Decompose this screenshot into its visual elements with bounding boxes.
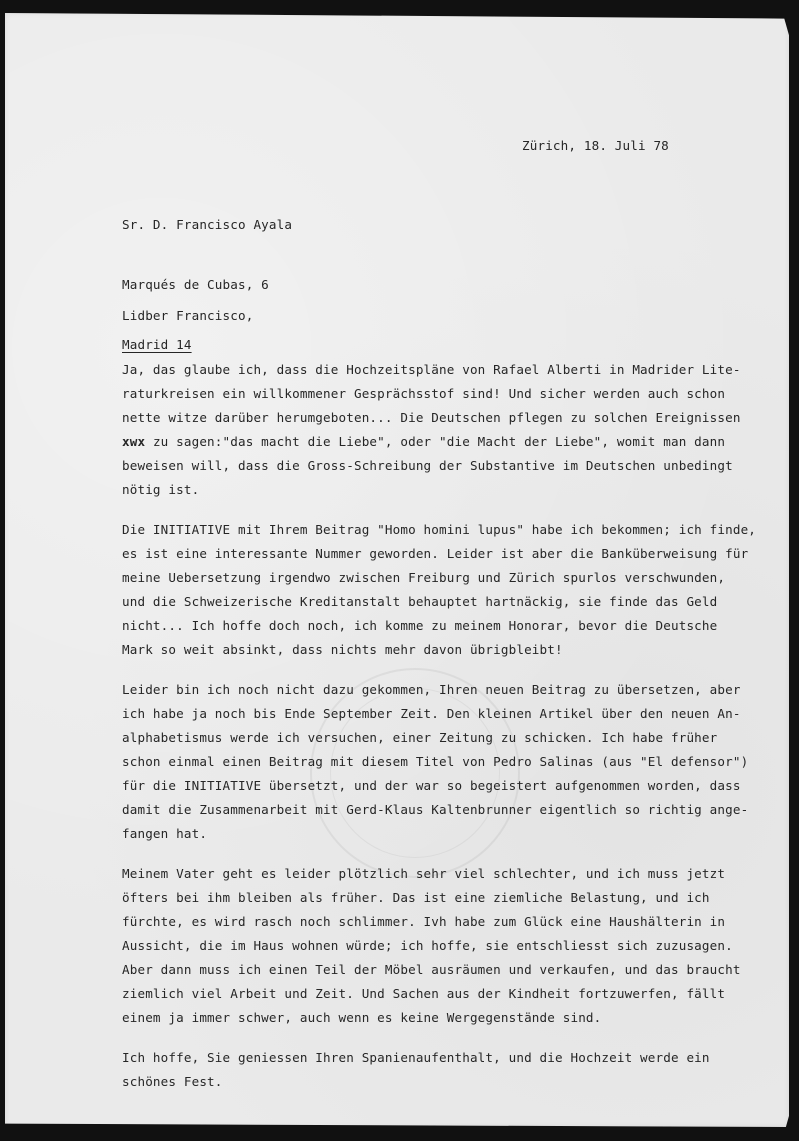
body-line: nötig ist.: [122, 478, 742, 502]
letter-body: Ja, das glaube ich, dass die Hochzeitspl…: [122, 358, 742, 1110]
body-line: Ich hoffe, Sie geniessen Ihren Spanienau…: [122, 1046, 742, 1070]
body-line: es ist eine interessante Nummer geworden…: [122, 542, 742, 566]
body-line: ziemlich viel Arbeit und Zeit. Und Sache…: [122, 982, 742, 1006]
paragraph-1: Ja, das glaube ich, dass die Hochzeitspl…: [122, 358, 742, 502]
body-line: Die INITIATIVE mit Ihrem Beitrag "Homo h…: [122, 518, 742, 542]
letter-date: Zürich, 18. Juli 78: [522, 138, 669, 153]
body-line: Meinem Vater geht es leider plötzlich se…: [122, 862, 742, 886]
body-line: Leider bin ich noch nicht dazu gekommen,…: [122, 678, 742, 702]
body-line: fürchte, es wird rasch noch schlimmer. I…: [122, 910, 742, 934]
recipient-street: Marqués de Cubas, 6: [122, 275, 292, 295]
body-line: nicht... Ich hoffe doch noch, ich komme …: [122, 614, 742, 638]
body-line: alphabetismus werde ich versuchen, einer…: [122, 726, 742, 750]
letter-page: Zürich, 18. Juli 78 Sr. D. Francisco Aya…: [5, 13, 789, 1127]
recipient-city: Madrid 14: [122, 337, 192, 352]
body-line: Mark so weit absinkt, dass nichts mehr d…: [122, 638, 742, 662]
body-line: nette witze darüber herumgeboten... Die …: [122, 406, 742, 430]
paragraph-4: Meinem Vater geht es leider plötzlich se…: [122, 862, 742, 1030]
body-line: Ja, das glaube ich, dass die Hochzeitspl…: [122, 358, 742, 382]
body-line: meine Uebersetzung irgendwo zwischen Fre…: [122, 566, 742, 590]
body-line-text: zu sagen:"das macht die Liebe", oder "di…: [153, 434, 725, 449]
body-line: damit die Zusammenarbeit mit Gerd-Klaus …: [122, 798, 742, 822]
body-line: fangen hat.: [122, 822, 742, 846]
paragraph-5: Ich hoffe, Sie geniessen Ihren Spanienau…: [122, 1046, 742, 1094]
salutation: Lidber Francisco,: [122, 308, 253, 323]
recipient-name: Sr. D. Francisco Ayala: [122, 215, 292, 235]
body-line: Aber dann muss ich einen Teil der Möbel …: [122, 958, 742, 982]
body-line: einem ja immer schwer, auch wenn es kein…: [122, 1006, 742, 1030]
body-line: für die INITIATIVE übersetzt, und der wa…: [122, 774, 742, 798]
body-line: schönes Fest.: [122, 1070, 742, 1094]
body-line: ich habe ja noch bis Ende September Zeit…: [122, 702, 742, 726]
paragraph-2: Die INITIATIVE mit Ihrem Beitrag "Homo h…: [122, 518, 742, 662]
body-line: raturkreisen ein willkommener Gesprächss…: [122, 382, 742, 406]
body-line: und die Schweizerische Kreditanstalt beh…: [122, 590, 742, 614]
body-line: schon einmal einen Beitrag mit diesem Ti…: [122, 750, 742, 774]
paragraph-3: Leider bin ich noch nicht dazu gekommen,…: [122, 678, 742, 846]
body-line-with-strikeout: xwx zu sagen:"das macht die Liebe", oder…: [122, 430, 742, 454]
body-line: Aussicht, die im Haus wohnen würde; ich …: [122, 934, 742, 958]
body-line: beweisen will, dass die Gross-Schreibung…: [122, 454, 742, 478]
body-line: öfters bei ihm bleiben als früher. Das i…: [122, 886, 742, 910]
struck-out-characters: xwx: [122, 434, 145, 449]
